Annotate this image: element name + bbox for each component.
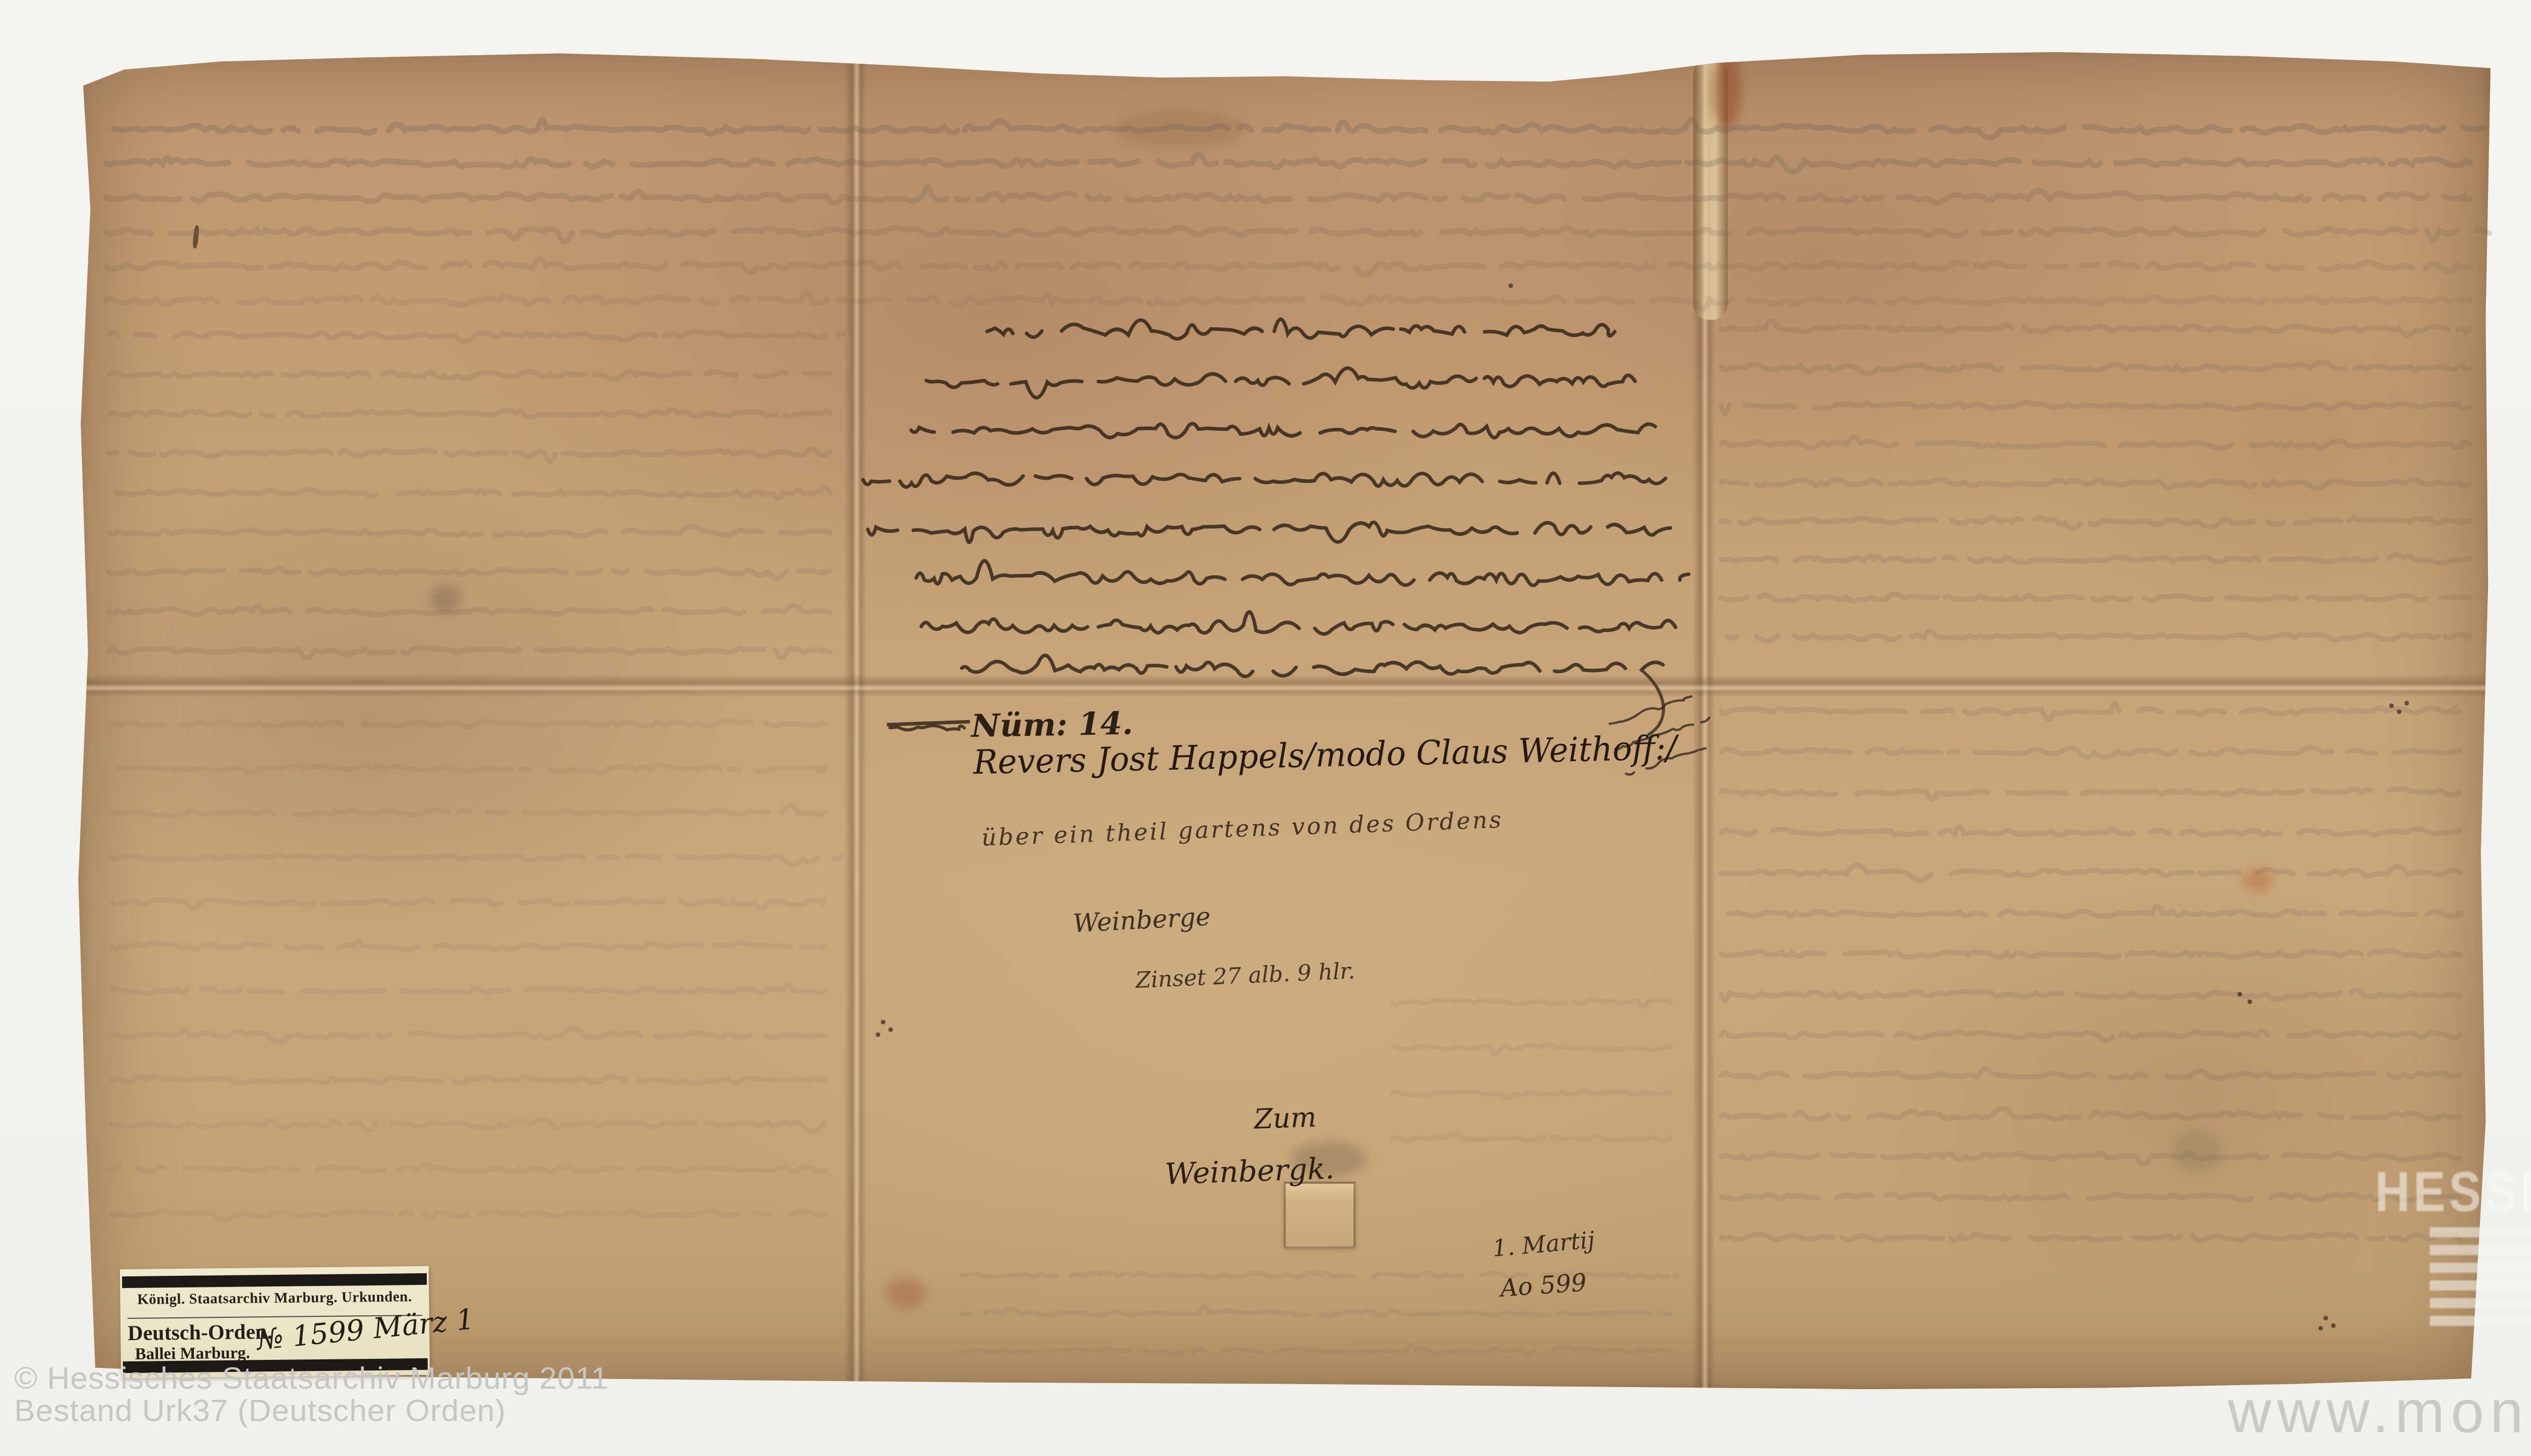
ink-speck	[888, 1027, 893, 1032]
ink-speck	[881, 1020, 885, 1024]
ink-speck	[2323, 1316, 2328, 1320]
ink-speck	[2397, 710, 2401, 714]
dorsal-date-year: Ao 599	[1499, 1268, 1587, 1303]
label-line2: Deutsch-Orden.	[128, 1320, 272, 1346]
dorsal-zum: Zum	[1253, 1101, 1317, 1135]
label-line1: Königl. Staatsarchiv Marburg. Urkunden.	[120, 1288, 429, 1308]
dorsal-number: Nüm: 14.	[971, 704, 1133, 744]
ink-speck	[2404, 701, 2409, 705]
ink-speck	[2389, 703, 2394, 708]
copyright-watermark-line1: © Hessisches Staatsarchiv Marburg 2011	[14, 1360, 609, 1396]
ink-speck	[2318, 1326, 2323, 1330]
dorsal-weinbergk: Weinbergk.	[1164, 1151, 1335, 1191]
ink-speck	[2237, 992, 2242, 996]
ink-speck	[2248, 1000, 2252, 1004]
label-top-bar	[122, 1273, 427, 1288]
copyright-watermark-line2: Bestand Urk37 (Deutscher Orden)	[14, 1393, 506, 1429]
monasterium-watermark: www.monasterium.net	[2228, 1378, 2531, 1446]
handwriting-layer	[0, 0, 2531, 1456]
ink-speck	[876, 1032, 880, 1037]
ink-speck	[2331, 1323, 2336, 1328]
ink-speck	[1508, 283, 1513, 288]
title-flourish	[1640, 669, 1663, 735]
hessen-logo-bars	[2430, 1227, 2531, 1334]
hessen-watermark: HESSEN	[2375, 1159, 2531, 1224]
crossed-out-number	[887, 722, 970, 725]
scan-page: Nüm: 14. Revers Jost Happels/modo Claus …	[0, 0, 2531, 1456]
